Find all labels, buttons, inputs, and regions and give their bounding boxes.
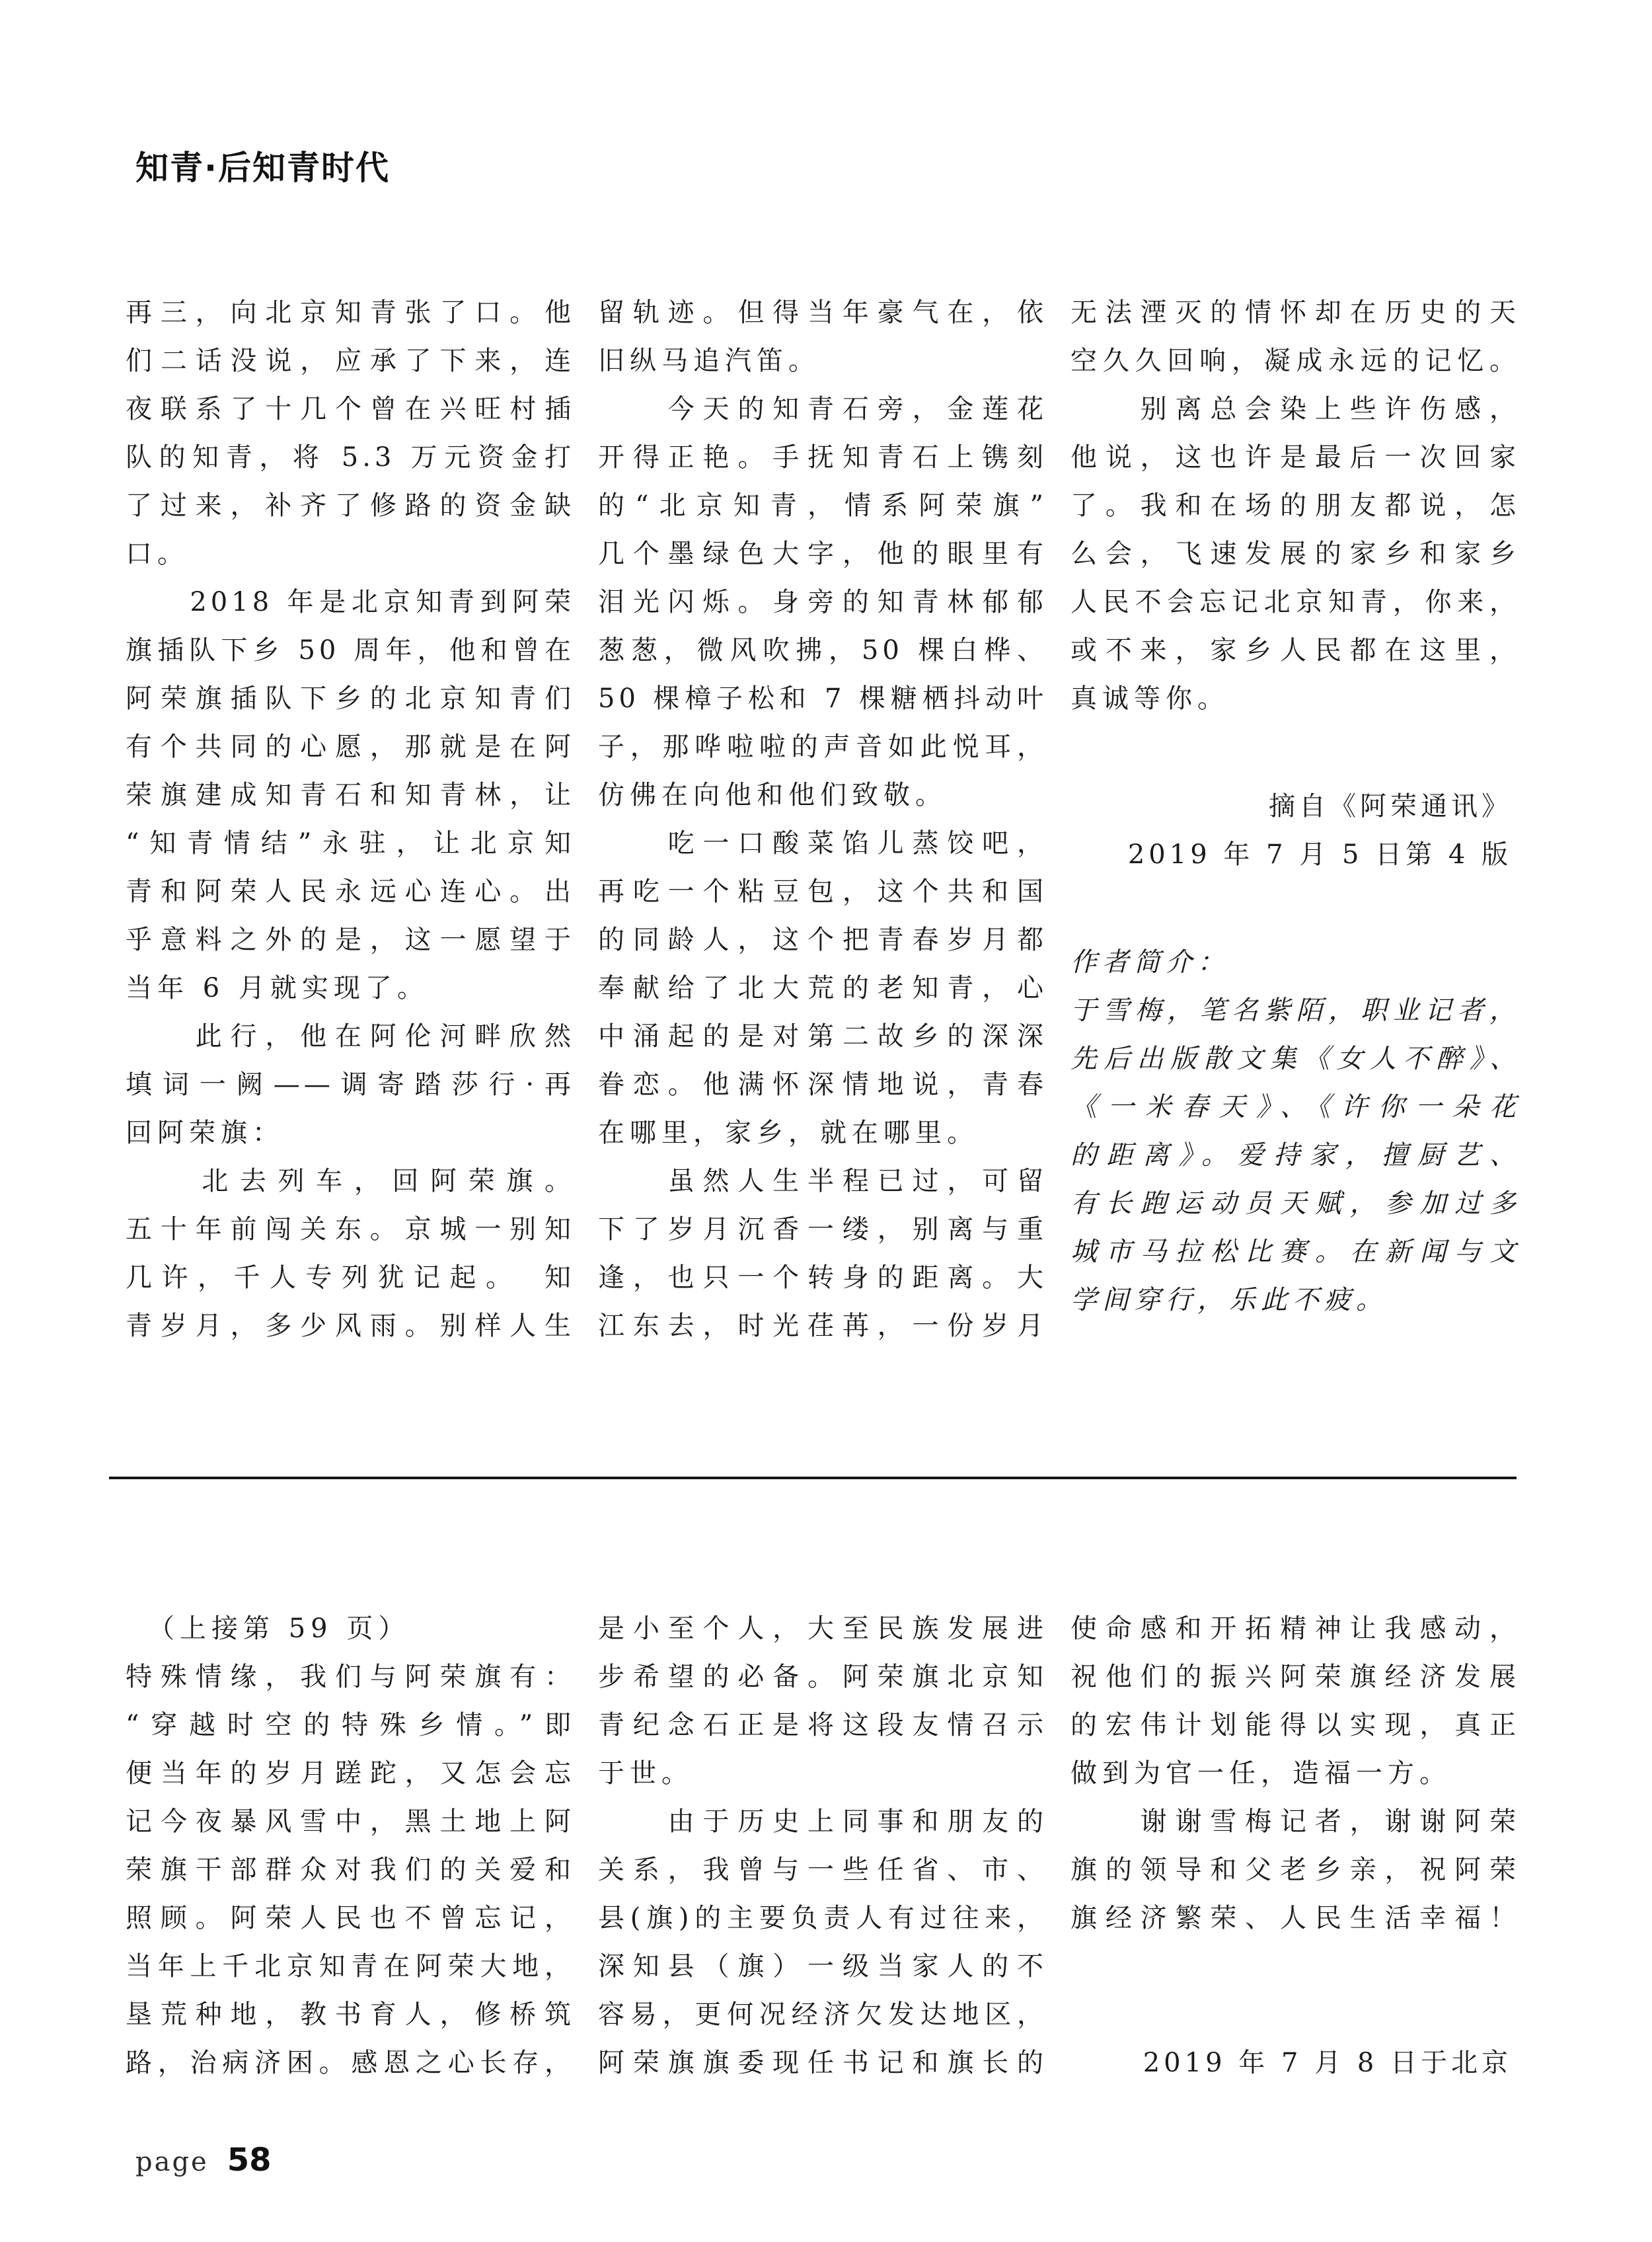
- text-line: 再三，向北京知青张了口。他: [126, 289, 575, 337]
- text-line: 2019 年 7 月 8 日于北京: [1070, 2039, 1520, 2087]
- section-header-title: 知青·后知青时代: [135, 147, 390, 189]
- bottom-column-3: 使命感和开拓精神让我感动，祝他们的振兴阿荣旗经济发展的宏伟计划能得以实现，真正做…: [1070, 1605, 1520, 2087]
- text-line: 旗插队下乡 50 周年，他和曾在: [126, 627, 575, 675]
- text-line: 们二话没说，应承了下来，连: [126, 337, 575, 385]
- text-line: 了。我和在场的朋友都说，怎: [1070, 482, 1520, 530]
- top-column-2: 留轨迹。但得当年豪气在，依旧纵马追汽笛。 今天的知青石旁，金莲花开得正艳。手抚知…: [598, 289, 1047, 1350]
- text-line: 夜联系了十几个曾在兴旺村插: [126, 385, 575, 434]
- text-line: 50 棵樟子松和 7 棵糖栖抖动叶: [598, 675, 1047, 723]
- page-footer: page 58: [135, 2142, 272, 2179]
- text-line: 填词一阙——调寄踏莎行·再: [126, 1061, 575, 1109]
- text-line: 北去列车，回阿荣旗。: [126, 1157, 575, 1206]
- text-line: 空久久回响，凝成永远的记忆。: [1070, 337, 1520, 385]
- section-divider-rule: [109, 1477, 1517, 1479]
- text-line: （上接第 59 页）: [126, 1605, 575, 1653]
- text-line: 无法湮灭的情怀却在历史的天: [1070, 289, 1520, 337]
- text-line: 2018 年是北京知青到阿荣: [126, 578, 575, 627]
- text-line: 垦荒种地，教书育人，修桥筑: [126, 1991, 575, 2039]
- text-line: 县(旗)的主要负责人有过往来，: [598, 1894, 1047, 1943]
- text-line: 深知县（旗）一级当家人的不: [598, 1943, 1047, 1991]
- magazine-page: 知青·后知青时代 再三，向北京知青张了口。他们二话没说，应承了下来，连夜联系了十…: [0, 0, 1652, 2242]
- text-line: 吃一口酸菜馅儿蒸饺吧，: [598, 820, 1047, 868]
- text-line: 奉献给了北大荒的老知青，心: [598, 964, 1047, 1013]
- text-line: 真诚等你。: [1070, 675, 1520, 723]
- text-line: 葱葱，微风吹拂，50 棵白桦、: [598, 627, 1047, 675]
- footer-page-label: page: [135, 2147, 209, 2177]
- text-line: 青岁月，多少风雨。别样人生: [126, 1302, 575, 1350]
- text-line: 乎意料之外的是，这一愿望于: [126, 916, 575, 964]
- footer-page-number: 58: [227, 2142, 272, 2179]
- blank-line: [1070, 1943, 1520, 1991]
- text-line: 青和阿荣人民永远心连心。出: [126, 868, 575, 916]
- text-line: 在哪里，家乡，就在哪里。: [598, 1109, 1047, 1157]
- text-line: 谢谢雪梅记者，谢谢阿荣: [1070, 1798, 1520, 1846]
- text-line: 当年 6 月就实现了。: [126, 964, 575, 1013]
- text-line: 有个共同的心愿，那就是在阿: [126, 723, 575, 771]
- text-line: 使命感和开拓精神让我感动，: [1070, 1605, 1520, 1653]
- text-line: 口。: [126, 530, 575, 578]
- text-line: 队的知青，将 5.3 万元资金打: [126, 434, 575, 482]
- blank-line: [1070, 879, 1520, 939]
- text-line: 虽然人生半程已过，可留: [598, 1157, 1047, 1206]
- blank-line: [1070, 1991, 1520, 2039]
- text-line: 作者简介：: [1070, 939, 1520, 987]
- text-line: 子，那哗啦啦的声音如此悦耳，: [598, 723, 1047, 771]
- text-line: 仿佛在向他和他们致敬。: [598, 771, 1047, 820]
- text-line: 几个墨绿色大字，他的眼里有: [598, 530, 1047, 578]
- text-line: 特殊情缘，我们与阿荣旗有：: [126, 1653, 575, 1701]
- blank-line: [1070, 723, 1520, 783]
- text-line: 的“北京知青，情系阿荣旗”: [598, 482, 1047, 530]
- text-line: 旧纵马追汽笛。: [598, 337, 1047, 385]
- text-line: 青纪念石正是将这段友情召示: [598, 1701, 1047, 1750]
- text-line: 的宏伟计划能得以实现，真正: [1070, 1701, 1520, 1750]
- text-line: 或不来，家乡人民都在这里，: [1070, 627, 1520, 675]
- text-line: 别离总会染上些许伤感，: [1070, 385, 1520, 434]
- text-line: 路，治病济困。感恩之心长存，: [126, 2039, 575, 2087]
- bottom-column-2: 是小至个人，大至民族发展进步希望的必备。阿荣旗北京知青纪念石正是将这段友情召示于…: [598, 1605, 1047, 2087]
- text-line: 中涌起的是对第二故乡的深深: [598, 1013, 1047, 1061]
- text-line: 今天的知青石旁，金莲花: [598, 385, 1047, 434]
- text-line: 于雪梅，笔名紫陌，职业记者，: [1070, 987, 1520, 1035]
- text-line: 几许，千人专列犹记起。 知: [126, 1254, 575, 1302]
- text-line: 人民不会忘记北京知青，你来，: [1070, 578, 1520, 627]
- top-column-3: 无法湮灭的情怀却在历史的天空久久回响，凝成永远的记忆。 别离总会染上些许伤感，他…: [1070, 289, 1520, 1350]
- text-line: 的距离》。爱持家，擅厨艺、: [1070, 1132, 1520, 1180]
- text-line: 此行，他在阿伦河畔欣然: [126, 1013, 575, 1061]
- text-line: 眷恋。他满怀深情地说，青春: [598, 1061, 1047, 1109]
- text-line: 摘自《阿荣通讯》: [1070, 783, 1520, 831]
- text-line: 学间穿行，乐此不疲。: [1070, 1276, 1520, 1325]
- text-line: 容易，更何况经济欠发达地区，: [598, 1991, 1047, 2039]
- text-line: 关系，我曾与一些任省、市、: [598, 1846, 1047, 1894]
- text-line: 五十年前闯关东。京城一别知: [126, 1206, 575, 1254]
- text-line: 他说，这也许是最后一次回家: [1070, 434, 1520, 482]
- text-line: 泪光闪烁。身旁的知青林郁郁: [598, 578, 1047, 627]
- text-line: 留轨迹。但得当年豪气在，依: [598, 289, 1047, 337]
- text-line: 阿荣旗旗委现任书记和旗长的: [598, 2039, 1047, 2087]
- text-line: 么会，飞速发展的家乡和家乡: [1070, 530, 1520, 578]
- text-line: 记今夜暴风雪中，黑土地上阿: [126, 1798, 575, 1846]
- text-line: 照顾。阿荣人民也不曾忘记，: [126, 1894, 575, 1943]
- text-line: 的同龄人，这个把青春岁月都: [598, 916, 1047, 964]
- text-line: 于世。: [598, 1750, 1047, 1798]
- bottom-article-section: （上接第 59 页）特殊情缘，我们与阿荣旗有：“穿越时空的特殊乡情。”即便当年的…: [126, 1605, 1520, 2087]
- text-line: 逢，也只一个转身的距离。大: [598, 1254, 1047, 1302]
- bottom-column-1: （上接第 59 页）特殊情缘，我们与阿荣旗有：“穿越时空的特殊乡情。”即便当年的…: [126, 1605, 575, 2087]
- text-line: 城市马拉松比赛。在新闻与文: [1070, 1228, 1520, 1276]
- text-line: 是小至个人，大至民族发展进: [598, 1605, 1047, 1653]
- text-line: 荣旗建成知青石和知青林，让: [126, 771, 575, 820]
- text-line: 阿荣旗插队下乡的北京知青们: [126, 675, 575, 723]
- text-line: 江东去，时光荏苒，一份岁月: [598, 1302, 1047, 1350]
- text-line: 有长跑运动员天赋，参加过多: [1070, 1180, 1520, 1228]
- text-line: “知青情结”永驻，让北京知: [126, 820, 575, 868]
- text-line: 便当年的岁月蹉跎，又怎会忘: [126, 1750, 575, 1798]
- text-line: 祝他们的振兴阿荣旗经济发展: [1070, 1653, 1520, 1701]
- text-line: 步希望的必备。阿荣旗北京知: [598, 1653, 1047, 1701]
- top-article-section: 再三，向北京知青张了口。他们二话没说，应承了下来，连夜联系了十几个曾在兴旺村插队…: [126, 289, 1520, 1350]
- text-line: 回阿荣旗：: [126, 1109, 575, 1157]
- text-line: 开得正艳。手抚知青石上镌刻: [598, 434, 1047, 482]
- text-line: 做到为官一任，造福一方。: [1070, 1750, 1520, 1798]
- text-line: 旗经济繁荣、人民生活幸福！: [1070, 1894, 1520, 1943]
- text-line: 旗的领导和父老乡亲，祝阿荣: [1070, 1846, 1520, 1894]
- text-line: 《一米春天》、《许你一朵花: [1070, 1083, 1520, 1132]
- text-line: 再吃一个粘豆包，这个共和国: [598, 868, 1047, 916]
- text-line: 先后出版散文集《女人不醉》、: [1070, 1035, 1520, 1083]
- text-line: 荣旗干部群众对我们的关爱和: [126, 1846, 575, 1894]
- text-line: “穿越时空的特殊乡情。”即: [126, 1701, 575, 1750]
- text-line: 当年上千北京知青在阿荣大地，: [126, 1943, 575, 1991]
- text-line: 了过来，补齐了修路的资金缺: [126, 482, 575, 530]
- text-line: 由于历史上同事和朋友的: [598, 1798, 1047, 1846]
- text-line: 2019 年 7 月 5 日第 4 版: [1070, 831, 1520, 879]
- text-line: 下了岁月沉香一缕，别离与重: [598, 1206, 1047, 1254]
- top-column-1: 再三，向北京知青张了口。他们二话没说，应承了下来，连夜联系了十几个曾在兴旺村插队…: [126, 289, 575, 1350]
